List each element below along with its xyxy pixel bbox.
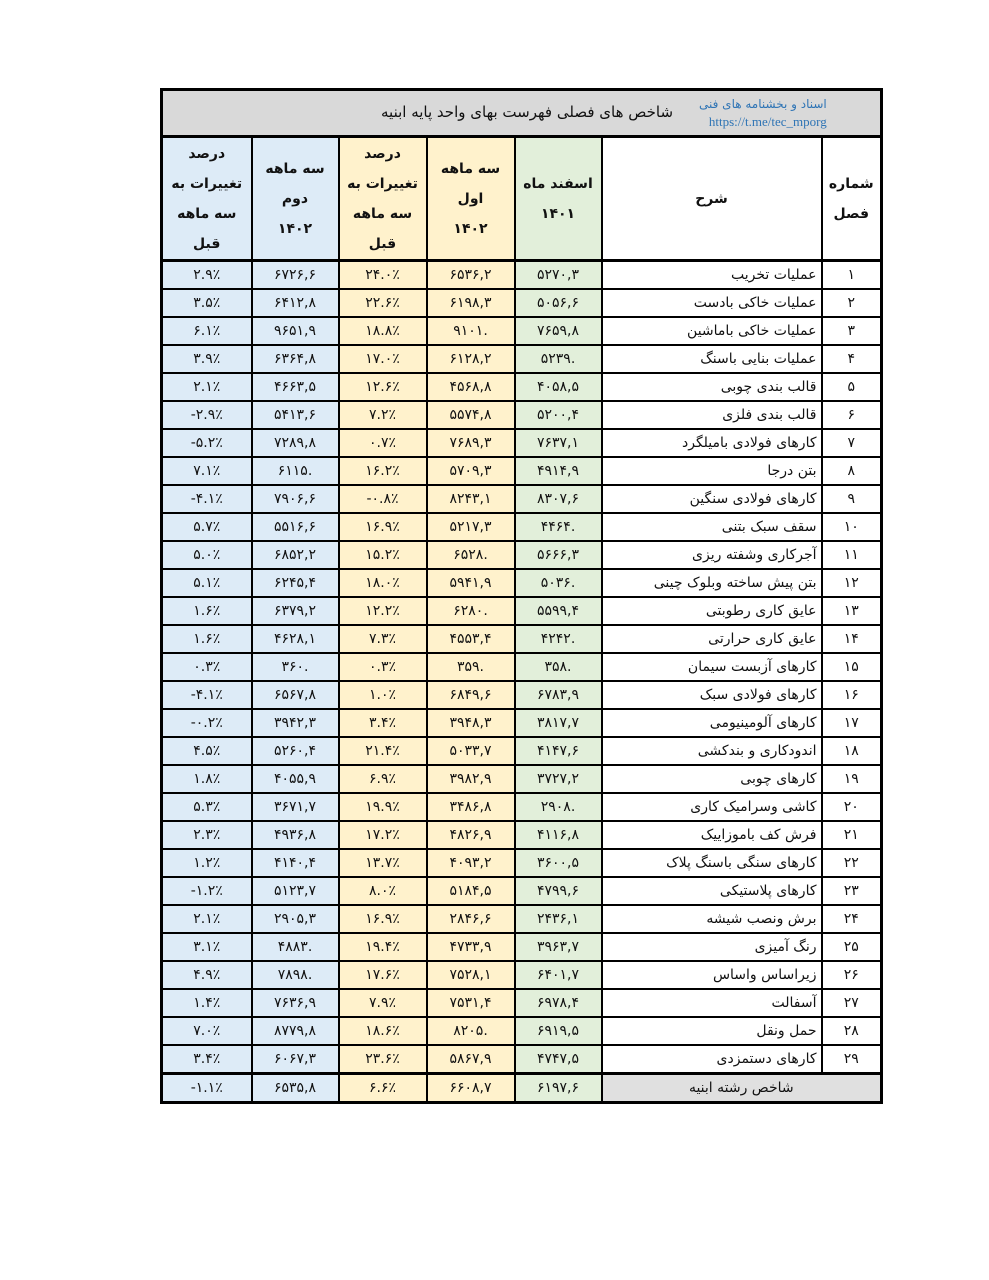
cell-pct-change-q2: ۵.۱٪ — [162, 569, 252, 597]
cell-pct-change-q1: ۳.۴٪ — [339, 709, 427, 737]
column-header-row: درصد تغییرات به سه ماهه قبل سه ماهه دوم … — [162, 137, 882, 261]
cell-q1-1402: ۷۵۲۸,۱ — [427, 961, 515, 989]
cell-pct-change-q1: ۱.۰٪ — [339, 681, 427, 709]
cell-pct-change-q2: ۵.۰٪ — [162, 541, 252, 569]
cell-pct-change-q2: ۲.۳٪ — [162, 821, 252, 849]
table-row: ۷.۱٪ ۶۱۱۵. ۱۶.۲٪ ۵۷۰۹,۳ ۴۹۱۴,۹ بتن درجا … — [162, 457, 882, 485]
cell-q1-1402: ۶۸۴۹,۶ — [427, 681, 515, 709]
cell-esfand-1401: ۵۵۹۹,۴ — [515, 597, 602, 625]
table-row: ۱.۸٪ ۴۰۵۵,۹ ۶.۹٪ ۳۹۸۲,۹ ۳۷۲۷,۲ کارهای چو… — [162, 765, 882, 793]
cell-q1-1402: ۵۱۸۴,۵ — [427, 877, 515, 905]
cell-description: کاشی وسرامیک کاری — [602, 793, 822, 821]
cell-pct-change-q1: ۲۴.۰٪ — [339, 261, 427, 290]
cell-esfand-1401: ۴۴۶۴. — [515, 513, 602, 541]
cell-pct-change-q2: ۴.۹٪ — [162, 961, 252, 989]
cell-pct-change-q2: ۱.۶٪ — [162, 597, 252, 625]
cell-q2-1402: ۴۰۵۵,۹ — [252, 765, 339, 793]
cell-description: اندودکاری و بندکشی — [602, 737, 822, 765]
total-q1: ۶۶۰۸,۷ — [427, 1074, 515, 1103]
cell-q2-1402: ۴۹۳۶,۸ — [252, 821, 339, 849]
title-row: شاخص های فصلی فهرست بهای واحد پایه ابنیه… — [162, 90, 882, 137]
cell-pct-change-q2: ۵.۷٪ — [162, 513, 252, 541]
header-line: سه ماهه دوم — [253, 154, 338, 214]
cell-pct-change-q2: -۱.۲٪ — [162, 877, 252, 905]
cell-description: عملیات خاکی بادست — [602, 289, 822, 317]
cell-q2-1402: ۵۱۲۳,۷ — [252, 877, 339, 905]
brand-link[interactable]: https://t.me/tec_mporg — [699, 113, 827, 131]
cell-q2-1402: ۶۴۱۲,۸ — [252, 289, 339, 317]
cell-q2-1402: ۵۵۱۶,۶ — [252, 513, 339, 541]
cell-description: بتن پیش ساخته وبلوک چینی — [602, 569, 822, 597]
cell-esfand-1401: ۴۷۹۹,۶ — [515, 877, 602, 905]
table-row: ۳.۱٪ ۴۸۸۳. ۱۹.۴٪ ۴۷۳۳,۹ ۳۹۶۳,۷ رنگ آمیزی… — [162, 933, 882, 961]
cell-esfand-1401: ۴۷۴۷,۵ — [515, 1045, 602, 1074]
cell-chapter-number: ۸ — [822, 457, 882, 485]
cell-pct-change-q2: ۴.۵٪ — [162, 737, 252, 765]
cell-pct-change-q2: ۲.۱٪ — [162, 905, 252, 933]
cell-esfand-1401: ۵۶۶۶,۳ — [515, 541, 602, 569]
header-line: تغییرات به — [163, 169, 251, 199]
cell-q1-1402: ۶۱۲۸,۲ — [427, 345, 515, 373]
total-pct2: -۱.۱٪ — [162, 1074, 252, 1103]
cell-pct-change-q1: ۷.۳٪ — [339, 625, 427, 653]
cell-pct-change-q2: ۳.۹٪ — [162, 345, 252, 373]
total-label: شاخص رشته ابنیه — [602, 1074, 882, 1103]
cell-description: فرش کف باموزاییک — [602, 821, 822, 849]
table-row: ۱.۶٪ ۶۳۷۹,۲ ۱۲.۲٪ ۶۲۸۰. ۵۵۹۹,۴ عایق کاری… — [162, 597, 882, 625]
cell-esfand-1401: ۶۴۰۱,۷ — [515, 961, 602, 989]
table-row: -۵.۲٪ ۷۲۸۹,۸ ۰.۷٪ ۷۶۸۹,۳ ۷۶۳۷,۱ کارهای ف… — [162, 429, 882, 457]
cell-q1-1402: ۳۹۴۸,۳ — [427, 709, 515, 737]
cell-esfand-1401: ۸۳۰۷,۶ — [515, 485, 602, 513]
cell-esfand-1401: ۳۶۰۰,۵ — [515, 849, 602, 877]
cell-chapter-number: ۴ — [822, 345, 882, 373]
cell-q1-1402: ۷۶۸۹,۳ — [427, 429, 515, 457]
table-title: شاخص های فصلی فهرست بهای واحد پایه ابنیه — [381, 103, 673, 121]
cell-chapter-number: ۲۳ — [822, 877, 882, 905]
cell-pct-change-q1: ۰.۷٪ — [339, 429, 427, 457]
cell-pct-change-q1: ۱۲.۶٪ — [339, 373, 427, 401]
cell-q1-1402: ۶۵۳۶,۲ — [427, 261, 515, 290]
cell-chapter-number: ۲۷ — [822, 989, 882, 1017]
cell-chapter-number: ۱۱ — [822, 541, 882, 569]
cell-pct-change-q1: ۱۸.۸٪ — [339, 317, 427, 345]
cell-description: آسفالت — [602, 989, 822, 1017]
cell-q1-1402: ۵۵۷۴,۸ — [427, 401, 515, 429]
header-line: سه ماهه قبل — [163, 199, 251, 259]
cell-q2-1402: ۶۳۶۴,۸ — [252, 345, 339, 373]
cell-q1-1402: ۴۷۳۳,۹ — [427, 933, 515, 961]
cell-chapter-number: ۲۶ — [822, 961, 882, 989]
cell-pct-change-q2: ۳.۵٪ — [162, 289, 252, 317]
cell-chapter-number: ۲۵ — [822, 933, 882, 961]
table-row: ۳.۴٪ ۶۰۶۷,۳ ۲۳.۶٪ ۵۸۶۷,۹ ۴۷۴۷,۵ کارهای د… — [162, 1045, 882, 1074]
table-row: ۲.۱٪ ۴۶۶۳,۵ ۱۲.۶٪ ۴۵۶۸,۸ ۴۰۵۸,۵ قالب بند… — [162, 373, 882, 401]
cell-description: کارهای دستمزدی — [602, 1045, 822, 1074]
cell-pct-change-q1: ۱۹.۴٪ — [339, 933, 427, 961]
header-line: فصل — [823, 199, 881, 229]
table-body: ۲.۹٪ ۶۷۲۶,۶ ۲۴.۰٪ ۶۵۳۶,۲ ۵۲۷۰,۳ عملیات ت… — [162, 261, 882, 1074]
cell-q2-1402: ۸۷۷۹,۸ — [252, 1017, 339, 1045]
cell-chapter-number: ۲۸ — [822, 1017, 882, 1045]
cell-esfand-1401: ۴۲۴۲. — [515, 625, 602, 653]
cell-q2-1402: ۶۳۷۹,۲ — [252, 597, 339, 625]
cell-pct-change-q1: ۱۷.۰٪ — [339, 345, 427, 373]
cell-description: کارهای آلومینیومی — [602, 709, 822, 737]
cell-description: عملیات تخریب — [602, 261, 822, 290]
table-row: ۴.۵٪ ۵۲۶۰,۴ ۲۱.۴٪ ۵۰۳۳,۷ ۴۱۴۷,۶ اندودکار… — [162, 737, 882, 765]
table-row: ۵.۱٪ ۶۲۴۵,۴ ۱۸.۰٪ ۵۹۴۱,۹ ۵۰۳۶. بتن پیش س… — [162, 569, 882, 597]
col-header-number: شماره فصل — [822, 137, 882, 261]
cell-pct-change-q1: ۱۶.۲٪ — [339, 457, 427, 485]
table-row: ۲.۳٪ ۴۹۳۶,۸ ۱۷.۲٪ ۴۸۲۶,۹ ۴۱۱۶,۸ فرش کف ب… — [162, 821, 882, 849]
cell-esfand-1401: ۴۱۴۷,۶ — [515, 737, 602, 765]
cell-pct-change-q1: ۲۱.۴٪ — [339, 737, 427, 765]
table-row: -۰.۲٪ ۳۹۴۲,۳ ۳.۴٪ ۳۹۴۸,۳ ۳۸۱۷,۷ کارهای آ… — [162, 709, 882, 737]
cell-q1-1402: ۳۴۸۶,۸ — [427, 793, 515, 821]
cell-description: کارهای چوبی — [602, 765, 822, 793]
cell-chapter-number: ۹ — [822, 485, 882, 513]
table-row: ۳.۵٪ ۶۴۱۲,۸ ۲۲.۶٪ ۶۱۹۸,۳ ۵۰۵۶,۶ عملیات خ… — [162, 289, 882, 317]
table-row: ۶.۱٪ ۹۶۵۱,۹ ۱۸.۸٪ ۹۱۰۱. ۷۶۵۹,۸ عملیات خا… — [162, 317, 882, 345]
table-row: ۵.۷٪ ۵۵۱۶,۶ ۱۶.۹٪ ۵۲۱۷,۳ ۴۴۶۴. سقف سبک ب… — [162, 513, 882, 541]
cell-q1-1402: ۶۲۸۰. — [427, 597, 515, 625]
table-row: ۴.۹٪ ۷۸۹۸. ۱۷.۶٪ ۷۵۲۸,۱ ۶۴۰۱,۷ زیراساس و… — [162, 961, 882, 989]
cell-description: برش ونصب شیشه — [602, 905, 822, 933]
header-line: شرح — [603, 184, 821, 214]
cell-description: کارهای فولادی سنگین — [602, 485, 822, 513]
cell-pct-change-q1: ۱۹.۹٪ — [339, 793, 427, 821]
cell-chapter-number: ۶ — [822, 401, 882, 429]
cell-chapter-number: ۲۴ — [822, 905, 882, 933]
cell-q2-1402: ۷۹۰۶,۶ — [252, 485, 339, 513]
cell-pct-change-q2: ۱.۴٪ — [162, 989, 252, 1017]
cell-q2-1402: ۶۵۶۷,۸ — [252, 681, 339, 709]
cell-q2-1402: ۶۸۵۲,۲ — [252, 541, 339, 569]
cell-pct-change-q2: ۵.۳٪ — [162, 793, 252, 821]
cell-description: آجرکاری وشفته ریزی — [602, 541, 822, 569]
cell-description: بتن درجا — [602, 457, 822, 485]
cell-q1-1402: ۵۲۱۷,۳ — [427, 513, 515, 541]
cell-q2-1402: ۶۷۲۶,۶ — [252, 261, 339, 290]
header-line: درصد — [163, 139, 251, 169]
table-row: -۲.۹٪ ۵۴۱۳,۶ ۷.۲٪ ۵۵۷۴,۸ ۵۲۰۰,۴ قالب بند… — [162, 401, 882, 429]
cell-esfand-1401: ۴۹۱۴,۹ — [515, 457, 602, 485]
cell-esfand-1401: ۵۲۷۰,۳ — [515, 261, 602, 290]
table-row: ۰.۳٪ ۳۶۰. ۰.۳٪ ۳۵۹. ۳۵۸. کارهای آزبست سی… — [162, 653, 882, 681]
cell-pct-change-q2: ۱.۶٪ — [162, 625, 252, 653]
cell-q2-1402: ۵۴۱۳,۶ — [252, 401, 339, 429]
cell-q1-1402: ۴۵۶۸,۸ — [427, 373, 515, 401]
cell-q2-1402: ۳۹۴۲,۳ — [252, 709, 339, 737]
table-row: ۱.۲٪ ۴۱۴۰,۴ ۱۳.۷٪ ۴۰۹۳,۲ ۳۶۰۰,۵ کارهای س… — [162, 849, 882, 877]
header-line: شماره — [823, 169, 881, 199]
cell-chapter-number: ۲۰ — [822, 793, 882, 821]
cell-chapter-number: ۱۵ — [822, 653, 882, 681]
cell-pct-change-q2: -۲.۹٪ — [162, 401, 252, 429]
cell-q2-1402: ۶۲۴۵,۴ — [252, 569, 339, 597]
cell-q1-1402: ۴۰۹۳,۲ — [427, 849, 515, 877]
cell-q1-1402: ۲۸۴۶,۶ — [427, 905, 515, 933]
cell-pct-change-q2: ۲.۱٪ — [162, 373, 252, 401]
cell-pct-change-q1: -۰.۸٪ — [339, 485, 427, 513]
cell-pct-change-q1: ۲۲.۶٪ — [339, 289, 427, 317]
cell-pct-change-q1: ۱۳.۷٪ — [339, 849, 427, 877]
cell-description: کارهای آزبست سیمان — [602, 653, 822, 681]
table-row: ۱.۶٪ ۴۶۲۸,۱ ۷.۳٪ ۴۵۵۳,۴ ۴۲۴۲. عایق کاری … — [162, 625, 882, 653]
cell-q1-1402: ۶۱۹۸,۳ — [427, 289, 515, 317]
cell-q2-1402: ۴۶۶۳,۵ — [252, 373, 339, 401]
total-esfand: ۶۱۹۷,۶ — [515, 1074, 602, 1103]
header-line: ۱۴۰۱ — [516, 199, 601, 229]
cell-pct-change-q1: ۱۸.۰٪ — [339, 569, 427, 597]
table-row: ۷.۰٪ ۸۷۷۹,۸ ۱۸.۶٪ ۸۲۰۵. ۶۹۱۹,۵ حمل ونقل … — [162, 1017, 882, 1045]
col-header-q1-1402: سه ماهه اول ۱۴۰۲ — [427, 137, 515, 261]
cell-q2-1402: ۳۶۰. — [252, 653, 339, 681]
table-row: -۱.۲٪ ۵۱۲۳,۷ ۸.۰٪ ۵۱۸۴,۵ ۴۷۹۹,۶ کارهای پ… — [162, 877, 882, 905]
cell-pct-change-q1: ۱۷.۲٪ — [339, 821, 427, 849]
cell-description: کارهای سنگی باسنگ پلاک — [602, 849, 822, 877]
cell-pct-change-q1: ۰.۳٪ — [339, 653, 427, 681]
cell-chapter-number: ۲۱ — [822, 821, 882, 849]
cell-chapter-number: ۱۲ — [822, 569, 882, 597]
header-line: درصد — [340, 139, 426, 169]
cell-esfand-1401: ۲۴۳۶,۱ — [515, 905, 602, 933]
cell-q1-1402: ۶۵۲۸. — [427, 541, 515, 569]
cell-chapter-number: ۵ — [822, 373, 882, 401]
col-header-description: شرح — [602, 137, 822, 261]
cell-esfand-1401: ۳۸۱۷,۷ — [515, 709, 602, 737]
table-row: ۵.۰٪ ۶۸۵۲,۲ ۱۵.۲٪ ۶۵۲۸. ۵۶۶۶,۳ آجرکاری و… — [162, 541, 882, 569]
cell-chapter-number: ۱۶ — [822, 681, 882, 709]
brand-block: اسناد و بخشنامه های فنی https://t.me/tec… — [699, 95, 827, 131]
cell-chapter-number: ۳ — [822, 317, 882, 345]
cell-pct-change-q1: ۱۸.۶٪ — [339, 1017, 427, 1045]
cell-pct-change-q1: ۷.۹٪ — [339, 989, 427, 1017]
table-row: ۳.۹٪ ۶۳۶۴,۸ ۱۷.۰٪ ۶۱۲۸,۲ ۵۲۳۹. عملیات بن… — [162, 345, 882, 373]
cell-q1-1402: ۸۲۰۵. — [427, 1017, 515, 1045]
cell-chapter-number: ۱۷ — [822, 709, 882, 737]
cell-q2-1402: ۹۶۵۱,۹ — [252, 317, 339, 345]
total-q2: ۶۵۳۵,۸ — [252, 1074, 339, 1103]
table-row: ۲.۱٪ ۲۹۰۵,۳ ۱۶.۹٪ ۲۸۴۶,۶ ۲۴۳۶,۱ برش ونصب… — [162, 905, 882, 933]
cell-q2-1402: ۴۸۸۳. — [252, 933, 339, 961]
cell-esfand-1401: ۷۶۵۹,۸ — [515, 317, 602, 345]
col-header-esfand-1401: اسفند ماه ۱۴۰۱ — [515, 137, 602, 261]
price-index-sheet: شاخص های فصلی فهرست بهای واحد پایه ابنیه… — [160, 88, 880, 1104]
col-header-pct-change-q1: درصد تغییرات به سه ماهه قبل — [339, 137, 427, 261]
cell-pct-change-q2: ۳.۱٪ — [162, 933, 252, 961]
cell-description: رنگ آمیزی — [602, 933, 822, 961]
cell-esfand-1401: ۵۰۵۶,۶ — [515, 289, 602, 317]
cell-description: کارهای فولادی سبک — [602, 681, 822, 709]
cell-q1-1402: ۹۱۰۱. — [427, 317, 515, 345]
cell-q1-1402: ۵۹۴۱,۹ — [427, 569, 515, 597]
cell-chapter-number: ۲ — [822, 289, 882, 317]
title-banner: شاخص های فصلی فهرست بهای واحد پایه ابنیه… — [162, 90, 882, 137]
cell-pct-change-q2: ۱.۲٪ — [162, 849, 252, 877]
cell-q2-1402: ۵۲۶۰,۴ — [252, 737, 339, 765]
cell-pct-change-q1: ۱۲.۲٪ — [339, 597, 427, 625]
cell-esfand-1401: ۴۱۱۶,۸ — [515, 821, 602, 849]
table-row: ۵.۳٪ ۳۶۷۱,۷ ۱۹.۹٪ ۳۴۸۶,۸ ۲۹۰۸. کاشی وسرا… — [162, 793, 882, 821]
cell-q1-1402: ۵۸۶۷,۹ — [427, 1045, 515, 1074]
col-header-q2-1402: سه ماهه دوم ۱۴۰۲ — [252, 137, 339, 261]
header-line: ۱۴۰۲ — [253, 214, 338, 244]
cell-pct-change-q1: ۱۷.۶٪ — [339, 961, 427, 989]
cell-chapter-number: ۱۰ — [822, 513, 882, 541]
cell-esfand-1401: ۵۰۳۶. — [515, 569, 602, 597]
header-line: سه ماهه قبل — [340, 199, 426, 259]
price-index-table: شاخص های فصلی فهرست بهای واحد پایه ابنیه… — [160, 88, 883, 1104]
cell-pct-change-q1: ۱۶.۹٪ — [339, 513, 427, 541]
cell-q2-1402: ۷۸۹۸. — [252, 961, 339, 989]
cell-esfand-1401: ۶۷۸۳,۹ — [515, 681, 602, 709]
cell-esfand-1401: ۶۹۱۹,۵ — [515, 1017, 602, 1045]
cell-description: کارهای پلاستیکی — [602, 877, 822, 905]
cell-chapter-number: ۱۴ — [822, 625, 882, 653]
cell-esfand-1401: ۶۹۷۸,۴ — [515, 989, 602, 1017]
cell-pct-change-q2: ۳.۴٪ — [162, 1045, 252, 1074]
cell-description: حمل ونقل — [602, 1017, 822, 1045]
cell-pct-change-q2: ۰.۳٪ — [162, 653, 252, 681]
cell-esfand-1401: ۵۲۰۰,۴ — [515, 401, 602, 429]
total-pct1: ۶.۶٪ — [339, 1074, 427, 1103]
cell-pct-change-q1: ۱۵.۲٪ — [339, 541, 427, 569]
cell-description: کارهای فولادی بامیلگرد — [602, 429, 822, 457]
cell-pct-change-q2: -۴.۱٪ — [162, 485, 252, 513]
cell-pct-change-q2: ۱.۸٪ — [162, 765, 252, 793]
cell-description: زیراساس واساس — [602, 961, 822, 989]
table-row: ۱.۴٪ ۷۶۳۶,۹ ۷.۹٪ ۷۵۳۱,۴ ۶۹۷۸,۴ آسفالت ۲۷ — [162, 989, 882, 1017]
cell-q1-1402: ۷۵۳۱,۴ — [427, 989, 515, 1017]
col-header-pct-change-q2: درصد تغییرات به سه ماهه قبل — [162, 137, 252, 261]
cell-esfand-1401: ۵۲۳۹. — [515, 345, 602, 373]
cell-esfand-1401: ۳۷۲۷,۲ — [515, 765, 602, 793]
cell-chapter-number: ۷ — [822, 429, 882, 457]
table-row: -۴.۱٪ ۷۹۰۶,۶ -۰.۸٪ ۸۲۴۳,۱ ۸۳۰۷,۶ کارهای … — [162, 485, 882, 513]
cell-pct-change-q2: -۰.۲٪ — [162, 709, 252, 737]
cell-pct-change-q1: ۱۶.۹٪ — [339, 905, 427, 933]
cell-description: قالب بندی فلزی — [602, 401, 822, 429]
cell-q2-1402: ۲۹۰۵,۳ — [252, 905, 339, 933]
cell-q2-1402: ۴۱۴۰,۴ — [252, 849, 339, 877]
cell-description: عایق کاری رطوبتی — [602, 597, 822, 625]
cell-chapter-number: ۲۹ — [822, 1045, 882, 1074]
cell-chapter-number: ۱۹ — [822, 765, 882, 793]
cell-pct-change-q1: ۸.۰٪ — [339, 877, 427, 905]
brand-name: اسناد و بخشنامه های فنی — [699, 95, 827, 113]
cell-esfand-1401: ۳۵۸. — [515, 653, 602, 681]
cell-q1-1402: ۵۷۰۹,۳ — [427, 457, 515, 485]
header-line: تغییرات به — [340, 169, 426, 199]
cell-pct-change-q1: ۲۳.۶٪ — [339, 1045, 427, 1074]
cell-esfand-1401: ۲۹۰۸. — [515, 793, 602, 821]
cell-pct-change-q2: -۵.۲٪ — [162, 429, 252, 457]
cell-description: عایق کاری حرارتی — [602, 625, 822, 653]
table-row: -۴.۱٪ ۶۵۶۷,۸ ۱.۰٪ ۶۸۴۹,۶ ۶۷۸۳,۹ کارهای ف… — [162, 681, 882, 709]
cell-pct-change-q1: ۷.۲٪ — [339, 401, 427, 429]
cell-q2-1402: ۶۱۱۵. — [252, 457, 339, 485]
cell-pct-change-q2: ۶.۱٪ — [162, 317, 252, 345]
cell-esfand-1401: ۷۶۳۷,۱ — [515, 429, 602, 457]
cell-q1-1402: ۴۵۵۳,۴ — [427, 625, 515, 653]
cell-esfand-1401: ۳۹۶۳,۷ — [515, 933, 602, 961]
cell-q2-1402: ۴۶۲۸,۱ — [252, 625, 339, 653]
table-row: ۲.۹٪ ۶۷۲۶,۶ ۲۴.۰٪ ۶۵۳۶,۲ ۵۲۷۰,۳ عملیات ت… — [162, 261, 882, 290]
cell-description: سقف سبک بتنی — [602, 513, 822, 541]
cell-chapter-number: ۱ — [822, 261, 882, 290]
cell-pct-change-q2: ۷.۱٪ — [162, 457, 252, 485]
header-line: اسفند ماه — [516, 169, 601, 199]
header-line: سه ماهه اول — [428, 154, 514, 214]
cell-q1-1402: ۳۹۸۲,۹ — [427, 765, 515, 793]
cell-pct-change-q2: ۲.۹٪ — [162, 261, 252, 290]
cell-q2-1402: ۷۲۸۹,۸ — [252, 429, 339, 457]
cell-q2-1402: ۶۰۶۷,۳ — [252, 1045, 339, 1074]
cell-q1-1402: ۳۵۹. — [427, 653, 515, 681]
cell-q2-1402: ۳۶۷۱,۷ — [252, 793, 339, 821]
cell-pct-change-q1: ۶.۹٪ — [339, 765, 427, 793]
cell-q1-1402: ۸۲۴۳,۱ — [427, 485, 515, 513]
cell-pct-change-q2: ۷.۰٪ — [162, 1017, 252, 1045]
cell-esfand-1401: ۴۰۵۸,۵ — [515, 373, 602, 401]
cell-description: عملیات خاکی باماشین — [602, 317, 822, 345]
cell-chapter-number: ۲۲ — [822, 849, 882, 877]
header-line: ۱۴۰۲ — [428, 214, 514, 244]
cell-q1-1402: ۴۸۲۶,۹ — [427, 821, 515, 849]
cell-q1-1402: ۵۰۳۳,۷ — [427, 737, 515, 765]
cell-description: قالب بندی چوبی — [602, 373, 822, 401]
total-row: -۱.۱٪ ۶۵۳۵,۸ ۶.۶٪ ۶۶۰۸,۷ ۶۱۹۷,۶ شاخص رشت… — [162, 1074, 882, 1103]
cell-description: عملیات بنایی باسنگ — [602, 345, 822, 373]
cell-chapter-number: ۱۳ — [822, 597, 882, 625]
cell-pct-change-q2: -۴.۱٪ — [162, 681, 252, 709]
cell-q2-1402: ۷۶۳۶,۹ — [252, 989, 339, 1017]
cell-chapter-number: ۱۸ — [822, 737, 882, 765]
